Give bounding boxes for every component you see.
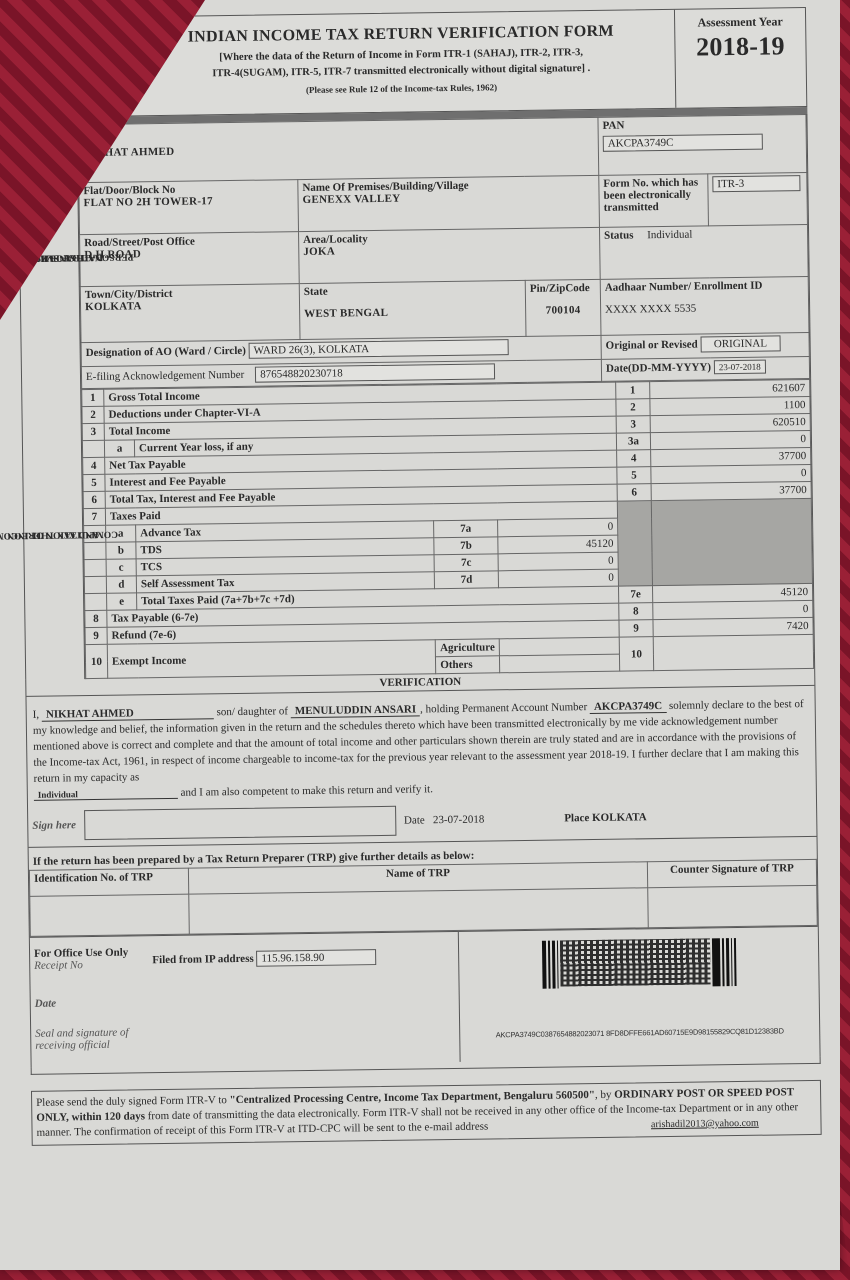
ip-address: 115.96.158.90 <box>256 949 376 967</box>
name-field: NameNIKHAT AHMED <box>78 117 599 182</box>
declarant-name: NIKHAT AHMED <box>42 706 214 721</box>
computation-table: 1Gross Total Income16216072Deductions un… <box>81 379 814 679</box>
email-link[interactable]: arishadil2013@yahoo.com <box>651 1118 759 1131</box>
capacity: Individual <box>34 788 178 801</box>
verification-section: VERIFICATION I, NIKHAT AHMED son/ daught… <box>25 669 820 1068</box>
assessment-year-box: Assessment Year 2018-19 <box>675 8 806 108</box>
computation-section: COMPUTATION OF INCOMEAND TAX THEREON 1Gr… <box>21 379 815 680</box>
barcode-icon <box>541 938 736 989</box>
sign-date: 23-07-2018 <box>433 814 484 827</box>
state-field: StateWEST BENGAL <box>299 280 526 339</box>
itr-v-form: FORM ITR-V INDIAN INCOME TAX RETURN VERI… <box>16 7 822 1146</box>
office-use-section: For Office Use Only Receipt No Filed fro… <box>30 926 820 1068</box>
pin-field: Pin/ZipCode700104 <box>525 279 601 336</box>
status-field: Status Individual <box>599 224 808 279</box>
form-title: INDIAN INCOME TAX RETURN VERIFICATION FO… <box>127 22 674 48</box>
barcode-text: AKCPA3749C0387654882023071 8FD8DFFE661AD… <box>470 1026 809 1040</box>
rule-note: (Please see Rule 12 of the Income-tax Ru… <box>128 80 675 98</box>
pan-field: PANAKCPA3749C <box>598 114 807 175</box>
date-field: Date(DD-MM-YYYY) 23-07-2018 <box>601 356 809 381</box>
sign-place: KOLKATA <box>592 811 647 824</box>
original-field: Original or Revised ORIGINAL <box>601 332 809 359</box>
footer-instructions: Please send the duly signed Form ITR-V t… <box>31 1080 822 1146</box>
declarant-pan: AKCPA3749C <box>590 700 666 714</box>
flat-field: Flat/Door/Block NoFLAT NO 2H TOWER-17 <box>79 180 299 235</box>
trp-table: Identification No. of TRP Name of TRP Co… <box>29 859 818 937</box>
paper-sheet: FORM ITR-V INDIAN INCOME TAX RETURN VERI… <box>0 0 840 1270</box>
area-field: Area/LocalityJOKA <box>299 227 601 283</box>
personal-info-section: PERSONAL INFORMATION AND THEDATE OF ELEC… <box>17 114 811 390</box>
assessment-year: 2018-19 <box>675 31 805 63</box>
premises-field: Name Of Premises/Building/VillageGENEXX … <box>298 175 600 231</box>
aadhaar-field: Aadhaar Number/ Enrollment IDXXXX XXXX 5… <box>600 276 809 335</box>
declaration-text: I, NIKHAT AHMED son/ daughter of MENULUD… <box>26 686 815 807</box>
form-no-field: ITR-3 <box>708 172 808 225</box>
father-name: MENULUDDIN ANSARI <box>291 703 420 718</box>
form-no-label: Form No. which has been electronically t… <box>599 174 709 228</box>
town-field: Town/City/DistrictKOLKATA <box>80 284 300 343</box>
signature-box[interactable] <box>84 806 396 840</box>
